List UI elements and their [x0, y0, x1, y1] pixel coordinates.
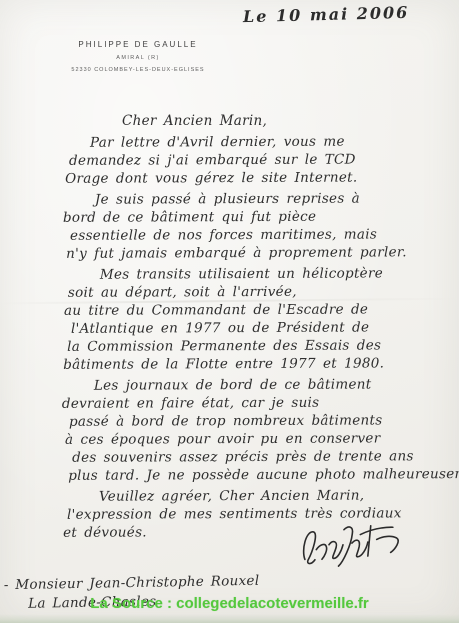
letter-paragraphs: Par lettre d'Avril dernier, vous medeman… — [62, 133, 454, 541]
letterhead-address: 52330 COLOMBEY-LES-DEUX-EGLISES — [44, 67, 232, 73]
letter-paragraph: Les journaux de bord de ce bâtimentdevra… — [62, 375, 454, 485]
letter-line: Veuillez agréer, Cher Ancien Marin, — [71, 486, 454, 506]
letter-line: n'y fut jamais embarqué à proprement par… — [66, 243, 454, 263]
letter-line: l'Atlantique en 1977 ou de Président de — [71, 318, 454, 338]
signature — [293, 512, 415, 577]
letter-line: des souvenirs assez précis près de trent… — [72, 447, 454, 467]
letterhead-rank: AMIRAL (R) — [44, 55, 232, 61]
letter-line: au titre du Commandant de l'Escadre de — [64, 300, 454, 320]
letter-body: Cher Ancien Marin, Par lettre d'Avril de… — [62, 112, 454, 541]
letter-paragraph: Mes transits utilisaient un hélicoptères… — [62, 264, 454, 374]
letter-line: soit au départ, soit à l'arrivée, — [68, 282, 454, 302]
letterhead: PHILIPPE DE GAULLE AMIRAL (R) 52330 COLO… — [44, 40, 232, 73]
scanned-letter-page: Le 10 mai 2006 PHILIPPE DE GAULLE AMIRAL… — [0, 0, 459, 623]
letter-salutation: Cher Ancien Marin, — [122, 112, 454, 130]
letter-paragraph: Par lettre d'Avril dernier, vous medeman… — [62, 132, 454, 188]
letter-line: devraient en faire état, car je suis — [62, 393, 454, 413]
letter-line: essentielle de nos forces maritimes, mai… — [70, 225, 454, 245]
letter-line: la Commission Permanente des Essais des — [67, 336, 454, 356]
letter-line: bord de ce bâtiment qui fut pièce — [63, 207, 454, 227]
signature-scrawl-icon — [293, 512, 414, 572]
letter-paragraph: Je suis passé à plusieurs reprises àbord… — [62, 189, 454, 263]
letter-line: demandez si j'ai embarqué sur le TCD — [69, 150, 454, 170]
letter-line: Orage dont vous gérez le site Internet. — [65, 168, 454, 188]
letter-line: Les journaux de bord de ce bâtiment — [66, 375, 454, 395]
letter-line: plus tard. Je ne possède aucune photo ma… — [68, 465, 454, 485]
handwritten-date: Le 10 mai 2006 — [243, 3, 410, 26]
scan-bottom-edge — [0, 614, 459, 623]
letter-line: Je suis passé à plusieurs reprises à — [67, 189, 454, 209]
letter-line: à ces époques pour avoir pu en conserver — [65, 429, 454, 449]
letter-line: bâtiments de la Flotte entre 1977 et 198… — [63, 354, 454, 374]
letter-line: Mes transits utilisaient un hélicoptère — [72, 264, 454, 284]
letter-line: Par lettre d'Avril dernier, vous me — [62, 132, 454, 152]
letter-line: passé à bord de trop nombreux bâtiments — [69, 411, 454, 431]
source-credit: La Source : collegedelacotevermeille.fr — [0, 595, 459, 612]
letterhead-name: PHILIPPE DE GAULLE — [44, 40, 232, 49]
